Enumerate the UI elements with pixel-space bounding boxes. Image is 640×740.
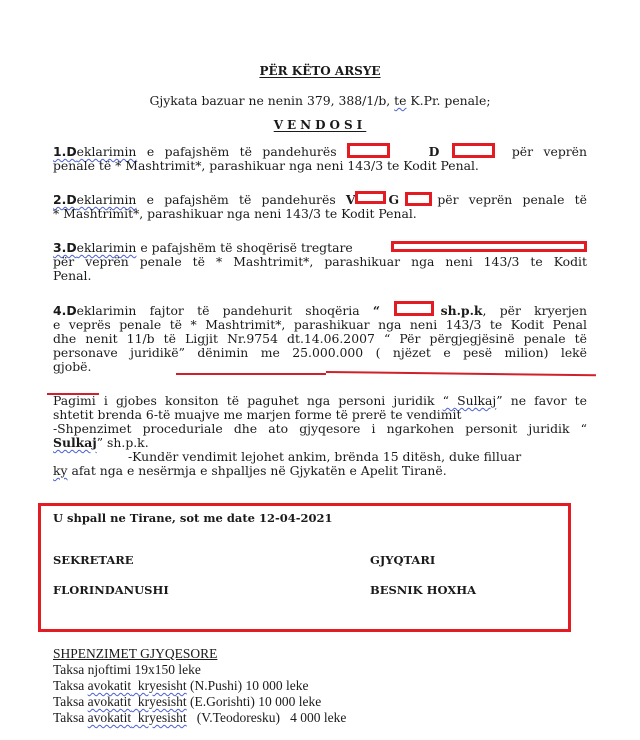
cost-line: Taksa avokatit kryesisht (N.Pushi) 10 00… bbox=[53, 678, 309, 694]
cost-text: (V.Teodoresku) 4 000 leke bbox=[187, 710, 347, 725]
payment-name: Sulkaj bbox=[53, 435, 97, 450]
item-3-line-3: Penal. bbox=[53, 269, 91, 283]
item-1-line-2: penale të * Mashtrimit*, parashikuar nga… bbox=[53, 159, 479, 173]
redaction-box bbox=[347, 143, 390, 158]
cost-word: kryesisht bbox=[138, 678, 187, 693]
item-4-line-4: personave juridikë” dënimin me 25.000.00… bbox=[53, 346, 587, 360]
item-text: e pafajshëm të pandehurës bbox=[136, 192, 346, 207]
item-word: eklarimin bbox=[77, 240, 137, 255]
basis-te: te bbox=[394, 93, 406, 108]
item-text: , për kryerjen bbox=[483, 303, 588, 318]
item-text: e pafajshëm të shoqërisë tregtare bbox=[136, 240, 352, 255]
item-4-line-3: dhe nenit 11/b të Ligjit Nr.9754 dt.14.0… bbox=[53, 332, 587, 346]
red-underline bbox=[176, 373, 326, 375]
judge-label: GJYQTARI bbox=[370, 553, 435, 567]
cost-word: avokatit bbox=[88, 694, 132, 709]
payment-line-6: ky afat nga e nesërmja e shpalljes në Gj… bbox=[53, 464, 447, 478]
cost-word: kryesisht bbox=[138, 710, 187, 725]
payment-line-5: -Kundër vendimit lejohet ankim, brënda 1… bbox=[128, 450, 521, 464]
item-text: për veprën bbox=[512, 144, 587, 159]
cost-word: avokatit bbox=[88, 710, 132, 725]
cost-text: Taksa bbox=[53, 694, 88, 709]
redaction-box bbox=[394, 301, 434, 316]
decision-heading: VENDOSI bbox=[0, 118, 640, 132]
item-3-line-2: për veprën penale të * Mashtrimit*, para… bbox=[53, 255, 587, 269]
initial: D bbox=[429, 144, 440, 159]
payment-word: ky bbox=[53, 463, 68, 478]
basis-text-end: K.Pr. penale; bbox=[406, 93, 490, 108]
cost-text: Taksa bbox=[53, 710, 88, 725]
basis-text: Gjykata bazuar ne nenin 379, 388/1/b, bbox=[150, 93, 395, 108]
payment-text: ” sh.p.k. bbox=[97, 435, 149, 450]
initial: G bbox=[389, 192, 400, 207]
item-number: 2.D bbox=[53, 192, 77, 207]
cost-word: kryesisht bbox=[138, 694, 187, 709]
item-2-line-1: 2.Deklarimin e pafajshëm të pandehurës V… bbox=[53, 193, 587, 207]
payment-text: Pagimi i gjobes konsiton të paguhet nga … bbox=[53, 393, 443, 408]
item-word: eklarimin bbox=[77, 192, 137, 207]
secretary-label: SEKRETARE bbox=[53, 553, 134, 567]
payment-line-4: Sulkaj” sh.p.k. bbox=[53, 436, 149, 450]
cost-word: avokatit bbox=[88, 678, 132, 693]
cost-line: Taksa avokatit kryesisht (V.Teodoresku) … bbox=[53, 710, 346, 726]
payment-name: “ Sulkaj bbox=[443, 393, 497, 408]
item-1-line-1: 1.Deklarimin e pafajshëm të pandehurës V… bbox=[53, 145, 587, 159]
costs-title: SHPENZIMET GJYQESORE bbox=[53, 646, 217, 662]
redaction-box bbox=[405, 192, 432, 206]
item-text: e pafajshëm të pandehurës bbox=[136, 144, 347, 159]
document-page: PËR KËTO ARSYE Gjykata bazuar ne nenin 3… bbox=[0, 0, 640, 740]
item-number: 1.D bbox=[53, 144, 77, 159]
payment-line-2: shtetit brenda 6-të muajve me marjen for… bbox=[53, 408, 461, 422]
item-number: 3.D bbox=[53, 240, 77, 255]
item-word: eklarimin bbox=[77, 144, 137, 159]
item-text: për veprën penale të bbox=[437, 192, 587, 207]
item-2-line-2: * Mashtrimit*, parashikuar nga neni 143/… bbox=[53, 207, 417, 221]
redaction-box bbox=[355, 191, 386, 204]
legal-basis: Gjykata bazuar ne nenin 379, 388/1/b, te… bbox=[0, 94, 640, 108]
secretary-name: FLORINDANUSHI bbox=[53, 583, 169, 597]
item-text: eklarimin fajtor të pandehurit shoqëria bbox=[77, 303, 373, 318]
cost-text: (N.Pushi) 10 000 leke bbox=[187, 678, 309, 693]
cost-text: (E.Gorishti) 10 000 leke bbox=[187, 694, 322, 709]
cost-line: Taksa njoftimi 19x150 leke bbox=[53, 662, 201, 678]
item-4-line-5: gjobë. bbox=[53, 360, 91, 374]
redaction-box bbox=[391, 241, 587, 252]
payment-text: afat nga e nesërmja e shpalljes në Gjyka… bbox=[68, 463, 447, 478]
payment-line-1: Pagimi i gjobes konsiton të paguhet nga … bbox=[53, 394, 587, 408]
item-number: 4.D bbox=[53, 303, 77, 318]
cost-text: Taksa bbox=[53, 678, 88, 693]
payment-text: ” ne favor te bbox=[496, 393, 587, 408]
payment-line-3: -Shpenzimet proceduriale dhe ato gjyqeso… bbox=[53, 422, 587, 436]
item-3-line-1: 3.Deklarimin e pafajshëm të shoqërisë tr… bbox=[53, 241, 353, 255]
item-4-line-2: e veprës penale të * Mashtrimit*, parash… bbox=[53, 318, 587, 332]
cost-line: Taksa avokatit kryesisht (E.Gorishti) 10… bbox=[53, 694, 321, 710]
section-title: PËR KËTO ARSYE bbox=[0, 64, 640, 78]
redaction-box bbox=[452, 143, 495, 158]
company-suffix: sh.p.k bbox=[441, 303, 483, 318]
item-4-line-1: 4.Deklarimin fajtor të pandehurit shoqër… bbox=[53, 304, 587, 318]
red-underline bbox=[326, 371, 596, 376]
judge-name: BESNIK HOXHA bbox=[370, 583, 476, 597]
announcement-line: U shpall ne Tirane, sot me date 12-04-20… bbox=[53, 511, 333, 525]
